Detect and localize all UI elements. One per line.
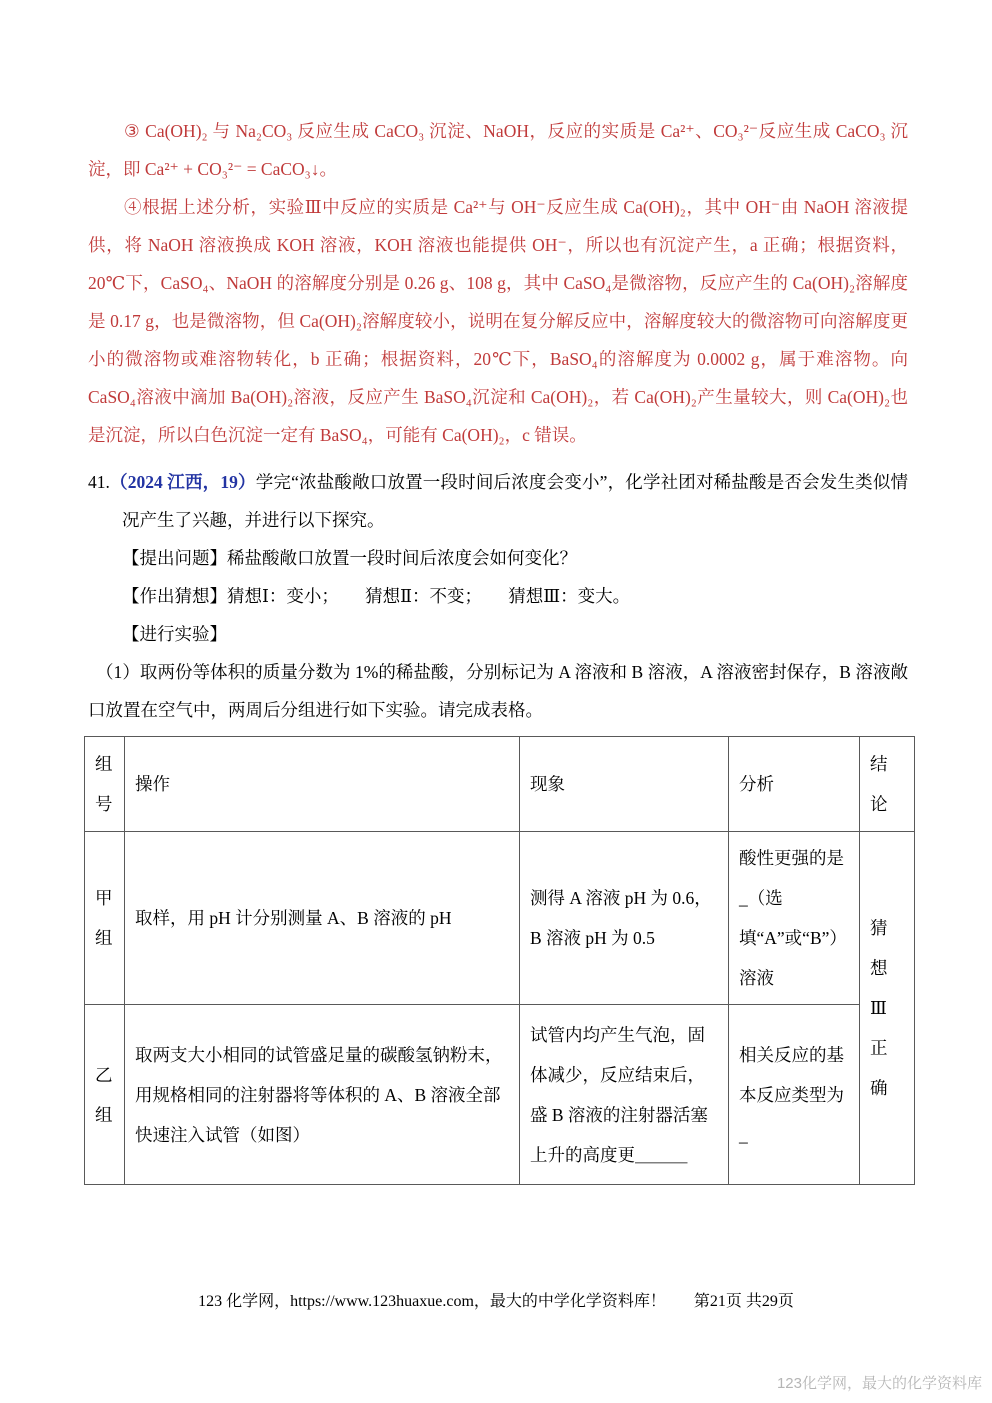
question-source-tag: （2024 江西，19） [110, 472, 256, 492]
table-row: 甲组 取样，用 pH 计分别测量 A、B 溶液的 pH 测得 A 溶液 pH 为… [85, 832, 915, 1005]
footer-page-indicator: 第21页 共29页 [694, 1293, 794, 1310]
do-experiment-label: 【进行实验】 [122, 615, 908, 653]
group-a-cell: 甲组 [85, 832, 125, 1005]
experiment-table: 组号 操作 现象 分析 结论 甲组 取样，用 pH 计分别测量 A、B 溶液的 … [84, 736, 915, 1185]
conclusion-cell: 猜想Ⅲ正确 [860, 832, 915, 1185]
propose-question-line: 【提出问题】稀盐酸敞口放置一段时间后浓度会如何变化？ [122, 539, 908, 577]
step1-paragraph: （1）取两份等体积的质量分数为 1%的稀盐酸，分别标记为 A 溶液和 B 溶液，… [88, 653, 908, 729]
header-group-col: 组号 [85, 737, 125, 832]
document-page: ③ Ca(OH)₂ 与 Na₂CO₃ 反应生成 CaCO₃ 沉淀、NaOH，反应… [88, 112, 908, 1185]
footer-site-text: 123 化学网，https://www.123huaxue.com，最大的中学化… [198, 1293, 666, 1310]
header-operation-col: 操作 [125, 737, 520, 832]
header-conclusion-col: 结论 [860, 737, 915, 832]
watermark-text: 123化学网，最大的化学资料库 [777, 1372, 982, 1393]
answer-paragraph-3: ③ Ca(OH)₂ 与 Na₂CO₃ 反应生成 CaCO₃ 沉淀、NaOH，反应… [88, 112, 908, 188]
question-number: 41. [88, 472, 110, 492]
group-b-cell: 乙组 [85, 1005, 125, 1185]
group-b-phenomenon: 试管内均产生气泡，固体减少，反应结束后，盛 B 溶液的注射器活塞上升的高度更＿＿… [520, 1005, 729, 1185]
group-a-operation: 取样，用 pH 计分别测量 A、B 溶液的 pH [125, 832, 520, 1005]
make-guess-line: 【作出猜想】猜想Ⅰ：变小； 猜想Ⅱ：不变； 猜想Ⅲ：变大。 [122, 577, 908, 615]
group-a-phenomenon: 测得 A 溶液 pH 为 0.6，B 溶液 pH 为 0.5 [520, 832, 729, 1005]
table-header-row: 组号 操作 现象 分析 结论 [85, 737, 915, 832]
question-41-intro: 41.（2024 江西，19）学完“浓盐酸敞口放置一段时间后浓度会变小”，化学社… [88, 463, 908, 539]
group-b-operation: 取两支大小相同的试管盛足量的碳酸氢钠粉末，用规格相同的注射器将等体积的 A、B … [125, 1005, 520, 1185]
answer-paragraph-4: ④根据上述分析，实验Ⅲ中反应的实质是 Ca²⁺与 OH⁻反应生成 Ca(OH)₂… [88, 188, 908, 454]
page-footer: 123 化学网，https://www.123huaxue.com，最大的中学化… [0, 1288, 992, 1311]
header-analysis-col: 分析 [729, 737, 860, 832]
group-a-analysis: 酸性更强的是_（选填“A”或“B”）溶液 [729, 832, 860, 1005]
group-b-analysis: 相关反应的基本反应类型为_ [729, 1005, 860, 1185]
table-row: 乙组 取两支大小相同的试管盛足量的碳酸氢钠粉末，用规格相同的注射器将等体积的 A… [85, 1005, 915, 1185]
header-phenomenon-col: 现象 [520, 737, 729, 832]
